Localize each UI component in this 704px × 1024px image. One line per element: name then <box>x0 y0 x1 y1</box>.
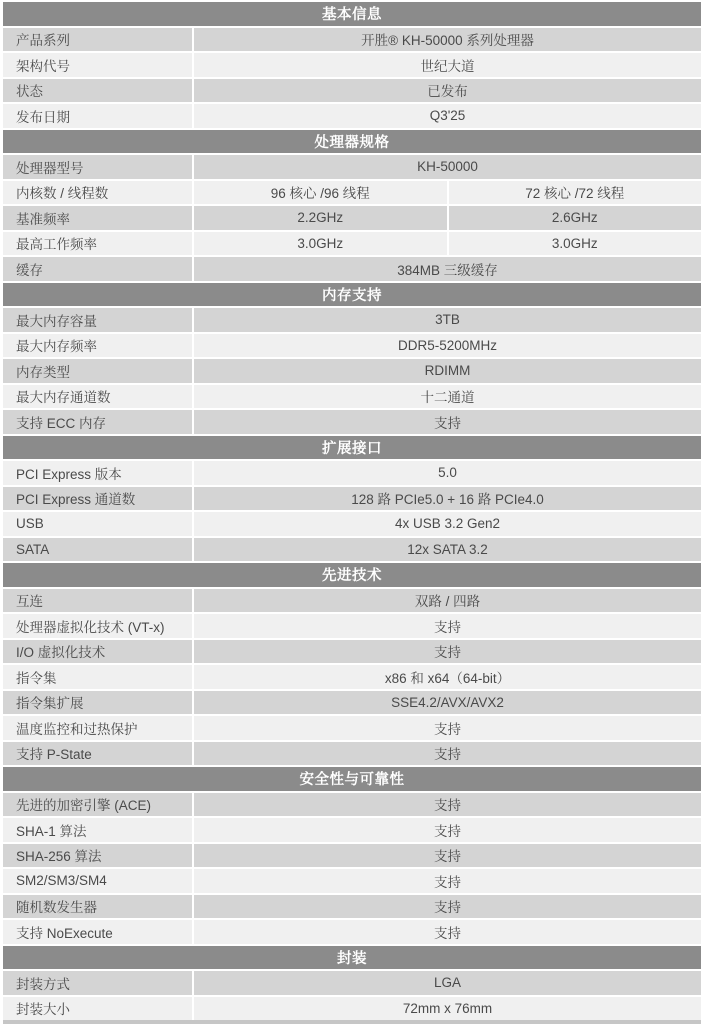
row-label: 互连 <box>3 589 192 613</box>
spec-row: 缓存384MB 三级缓存 <box>3 257 701 281</box>
row-label: USB <box>3 512 192 536</box>
row-value: 支持 <box>194 920 701 944</box>
spec-row: 温度监控和过热保护支持 <box>3 716 701 740</box>
row-value: 支持 <box>194 410 701 434</box>
row-label: 封装方式 <box>3 971 192 995</box>
row-label: 架构代号 <box>3 53 192 77</box>
section-title: 先进技术 <box>322 564 382 585</box>
row-label: 基准频率 <box>3 206 192 230</box>
spec-row: 架构代号世纪大道 <box>3 53 701 77</box>
spec-table: 基本信息产品系列开胜® KH-50000 系列处理器架构代号世纪大道状态已发布发… <box>3 2 701 1020</box>
spec-row: 产品系列开胜® KH-50000 系列处理器 <box>3 28 701 52</box>
row-value: 支持 <box>194 895 701 919</box>
row-value: 双路 / 四路 <box>194 589 701 613</box>
spec-row: 先进的加密引擎 (ACE)支持 <box>3 793 701 817</box>
row-label: 内存类型 <box>3 359 192 383</box>
section-title: 处理器规格 <box>315 131 390 152</box>
spec-row: 状态已发布 <box>3 79 701 103</box>
spec-row: SHA-1 算法支持 <box>3 818 701 842</box>
row-value: Q3'25 <box>194 104 701 128</box>
spec-row: 最大内存通道数十二通道 <box>3 385 701 409</box>
section-header: 内存支持 <box>3 283 701 307</box>
section-title: 安全性与可靠性 <box>300 768 405 789</box>
row-label: 最大内存通道数 <box>3 385 192 409</box>
row-label: 产品系列 <box>3 28 192 52</box>
row-value: SSE4.2/AVX/AVX2 <box>194 691 701 715</box>
spec-row: 指令集x86 和 x64（64-bit） <box>3 665 701 689</box>
row-label: 缓存 <box>3 257 192 281</box>
row-value: 支持 <box>194 844 701 868</box>
row-label: 先进的加密引擎 (ACE) <box>3 793 192 817</box>
row-value: 5.0 <box>194 461 701 485</box>
spec-row: 内核数 / 线程数96 核心 /96 线程72 核心 /72 线程 <box>3 181 701 205</box>
row-value: 支持 <box>194 716 701 740</box>
row-label: PCI Express 通道数 <box>3 487 192 511</box>
row-value: LGA <box>194 971 701 995</box>
section-header: 先进技术 <box>3 563 701 587</box>
row-label: 封装大小 <box>3 997 192 1021</box>
row-value: 72mm x 76mm <box>194 997 701 1021</box>
section-header: 安全性与可靠性 <box>3 767 701 791</box>
spec-row: 发布日期Q3'25 <box>3 104 701 128</box>
spec-row: 处理器型号KH-50000 <box>3 155 701 179</box>
spec-row: 最高工作频率3.0GHz3.0GHz <box>3 232 701 256</box>
row-label: 支持 P-State <box>3 742 192 766</box>
row-label: 温度监控和过热保护 <box>3 716 192 740</box>
row-label: 最大内存频率 <box>3 334 192 358</box>
row-value: 128 路 PCIe5.0 + 16 路 PCIe4.0 <box>194 487 701 511</box>
row-label: 支持 NoExecute <box>3 920 192 944</box>
row-value: 2.2GHz <box>194 206 447 230</box>
row-label: 随机数发生器 <box>3 895 192 919</box>
spec-row: SHA-256 算法支持 <box>3 844 701 868</box>
spec-row: PCI Express 通道数128 路 PCIe5.0 + 16 路 PCIe… <box>3 487 701 511</box>
row-label: SHA-1 算法 <box>3 818 192 842</box>
row-value: 支持 <box>194 818 701 842</box>
spec-row: 支持 ECC 内存支持 <box>3 410 701 434</box>
row-label: 处理器虚拟化技术 (VT-x) <box>3 614 192 638</box>
row-label: PCI Express 版本 <box>3 461 192 485</box>
row-value: DDR5-5200MHz <box>194 334 701 358</box>
spec-row: PCI Express 版本5.0 <box>3 461 701 485</box>
section-header: 基本信息 <box>3 2 701 26</box>
row-value: 十二通道 <box>194 385 701 409</box>
bottom-partial-row <box>3 1020 701 1024</box>
spec-row: SATA12x SATA 3.2 <box>3 538 701 562</box>
spec-row: 支持 P-State支持 <box>3 742 701 766</box>
spec-row: 基准频率2.2GHz2.6GHz <box>3 206 701 230</box>
row-value: 72 核心 /72 线程 <box>449 181 702 205</box>
row-value: 已发布 <box>194 79 701 103</box>
section-header: 扩展接口 <box>3 436 701 460</box>
row-label: 处理器型号 <box>3 155 192 179</box>
processor-spec-page: 基本信息产品系列开胜® KH-50000 系列处理器架构代号世纪大道状态已发布发… <box>0 0 704 1024</box>
row-value: 支持 <box>194 742 701 766</box>
row-value: x86 和 x64（64-bit） <box>194 665 701 689</box>
spec-row: 指令集扩展SSE4.2/AVX/AVX2 <box>3 691 701 715</box>
row-value: 3.0GHz <box>194 232 447 256</box>
row-value: KH-50000 <box>194 155 701 179</box>
row-value: 96 核心 /96 线程 <box>194 181 447 205</box>
row-label: SM2/SM3/SM4 <box>3 869 192 893</box>
section-header: 封装 <box>3 946 701 970</box>
section-title: 封装 <box>337 947 367 968</box>
row-label: 内核数 / 线程数 <box>3 181 192 205</box>
spec-row: 内存类型RDIMM <box>3 359 701 383</box>
row-label: 状态 <box>3 79 192 103</box>
row-label: I/O 虚拟化技术 <box>3 640 192 664</box>
section-title: 扩展接口 <box>322 437 382 458</box>
row-label: 最高工作频率 <box>3 232 192 256</box>
row-value: 支持 <box>194 793 701 817</box>
spec-row: 处理器虚拟化技术 (VT-x)支持 <box>3 614 701 638</box>
row-value: 2.6GHz <box>449 206 702 230</box>
row-label: SATA <box>3 538 192 562</box>
row-value: 12x SATA 3.2 <box>194 538 701 562</box>
row-value: 4x USB 3.2 Gen2 <box>194 512 701 536</box>
row-label: 指令集扩展 <box>3 691 192 715</box>
spec-row: SM2/SM3/SM4支持 <box>3 869 701 893</box>
row-value: 支持 <box>194 640 701 664</box>
section-title: 基本信息 <box>322 3 382 24</box>
row-value: 384MB 三级缓存 <box>194 257 701 281</box>
spec-row: 封装大小72mm x 76mm <box>3 997 701 1021</box>
section-title: 内存支持 <box>322 284 382 305</box>
spec-row: 封装方式LGA <box>3 971 701 995</box>
spec-row: 支持 NoExecute支持 <box>3 920 701 944</box>
row-value: 3.0GHz <box>449 232 702 256</box>
row-value: 支持 <box>194 869 701 893</box>
row-value: 开胜® KH-50000 系列处理器 <box>194 28 701 52</box>
spec-row: 互连双路 / 四路 <box>3 589 701 613</box>
row-label: 指令集 <box>3 665 192 689</box>
row-value: 支持 <box>194 614 701 638</box>
row-value: 3TB <box>194 308 701 332</box>
section-header: 处理器规格 <box>3 130 701 154</box>
spec-row: 最大内存频率DDR5-5200MHz <box>3 334 701 358</box>
row-value: 世纪大道 <box>194 53 701 77</box>
spec-row: I/O 虚拟化技术支持 <box>3 640 701 664</box>
spec-row: USB4x USB 3.2 Gen2 <box>3 512 701 536</box>
row-label: 最大内存容量 <box>3 308 192 332</box>
row-value: RDIMM <box>194 359 701 383</box>
row-label: 支持 ECC 内存 <box>3 410 192 434</box>
row-label: 发布日期 <box>3 104 192 128</box>
spec-row: 最大内存容量3TB <box>3 308 701 332</box>
spec-row: 随机数发生器支持 <box>3 895 701 919</box>
row-label: SHA-256 算法 <box>3 844 192 868</box>
